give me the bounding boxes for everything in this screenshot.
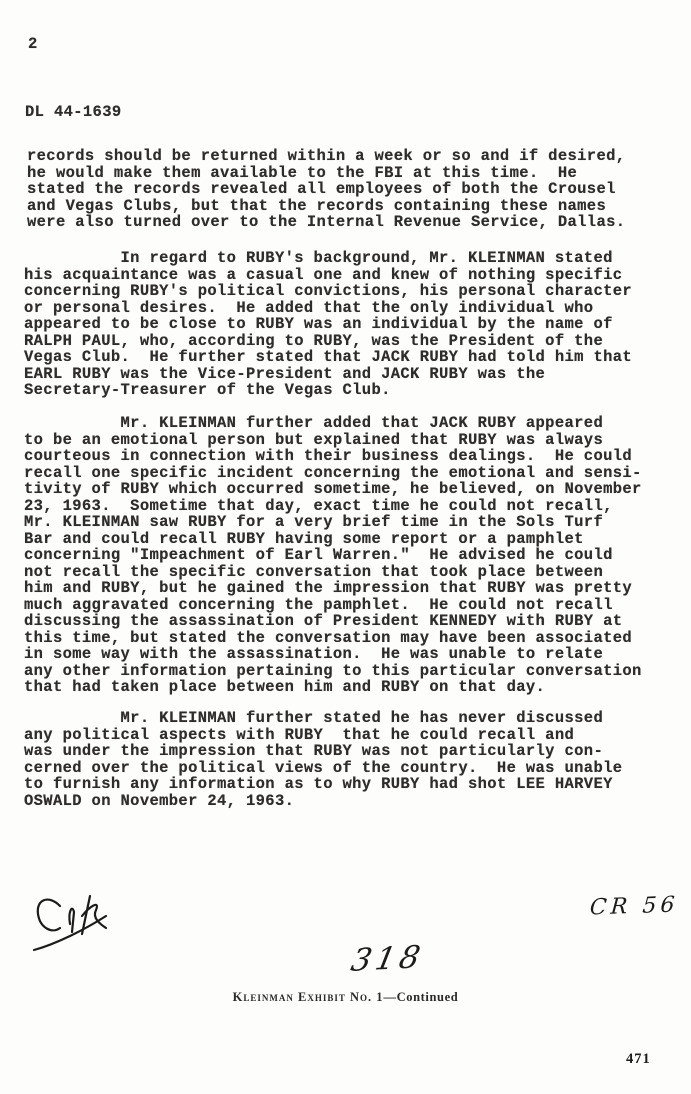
document-page: 2 DL 44-1639 records should be returned … bbox=[0, 0, 691, 1094]
page-number-bottom: 471 bbox=[626, 1051, 651, 1068]
handwritten-center-number: 318 bbox=[348, 939, 427, 979]
paragraph-incident: Mr. KLEINMAN further added that JACK RUB… bbox=[24, 415, 642, 696]
paragraph-political: Mr. KLEINMAN further stated he has never… bbox=[24, 710, 622, 809]
paragraph-background: In regard to RUBY's background, Mr. KLEI… bbox=[24, 250, 632, 399]
exhibit-caption-main: Kleinman Exhibit No. 1 bbox=[233, 990, 384, 1004]
paragraph-records: records should be returned within a week… bbox=[27, 148, 625, 231]
handwritten-cr-number: CR 56 bbox=[589, 892, 679, 920]
exhibit-caption: Kleinman Exhibit No. 1—Continued bbox=[0, 990, 691, 1005]
exhibit-caption-suffix: —Continued bbox=[384, 990, 459, 1004]
handwritten-initials-mark bbox=[26, 888, 136, 968]
page-number-top: 2 bbox=[28, 36, 38, 53]
file-number: DL 44-1639 bbox=[25, 104, 122, 121]
